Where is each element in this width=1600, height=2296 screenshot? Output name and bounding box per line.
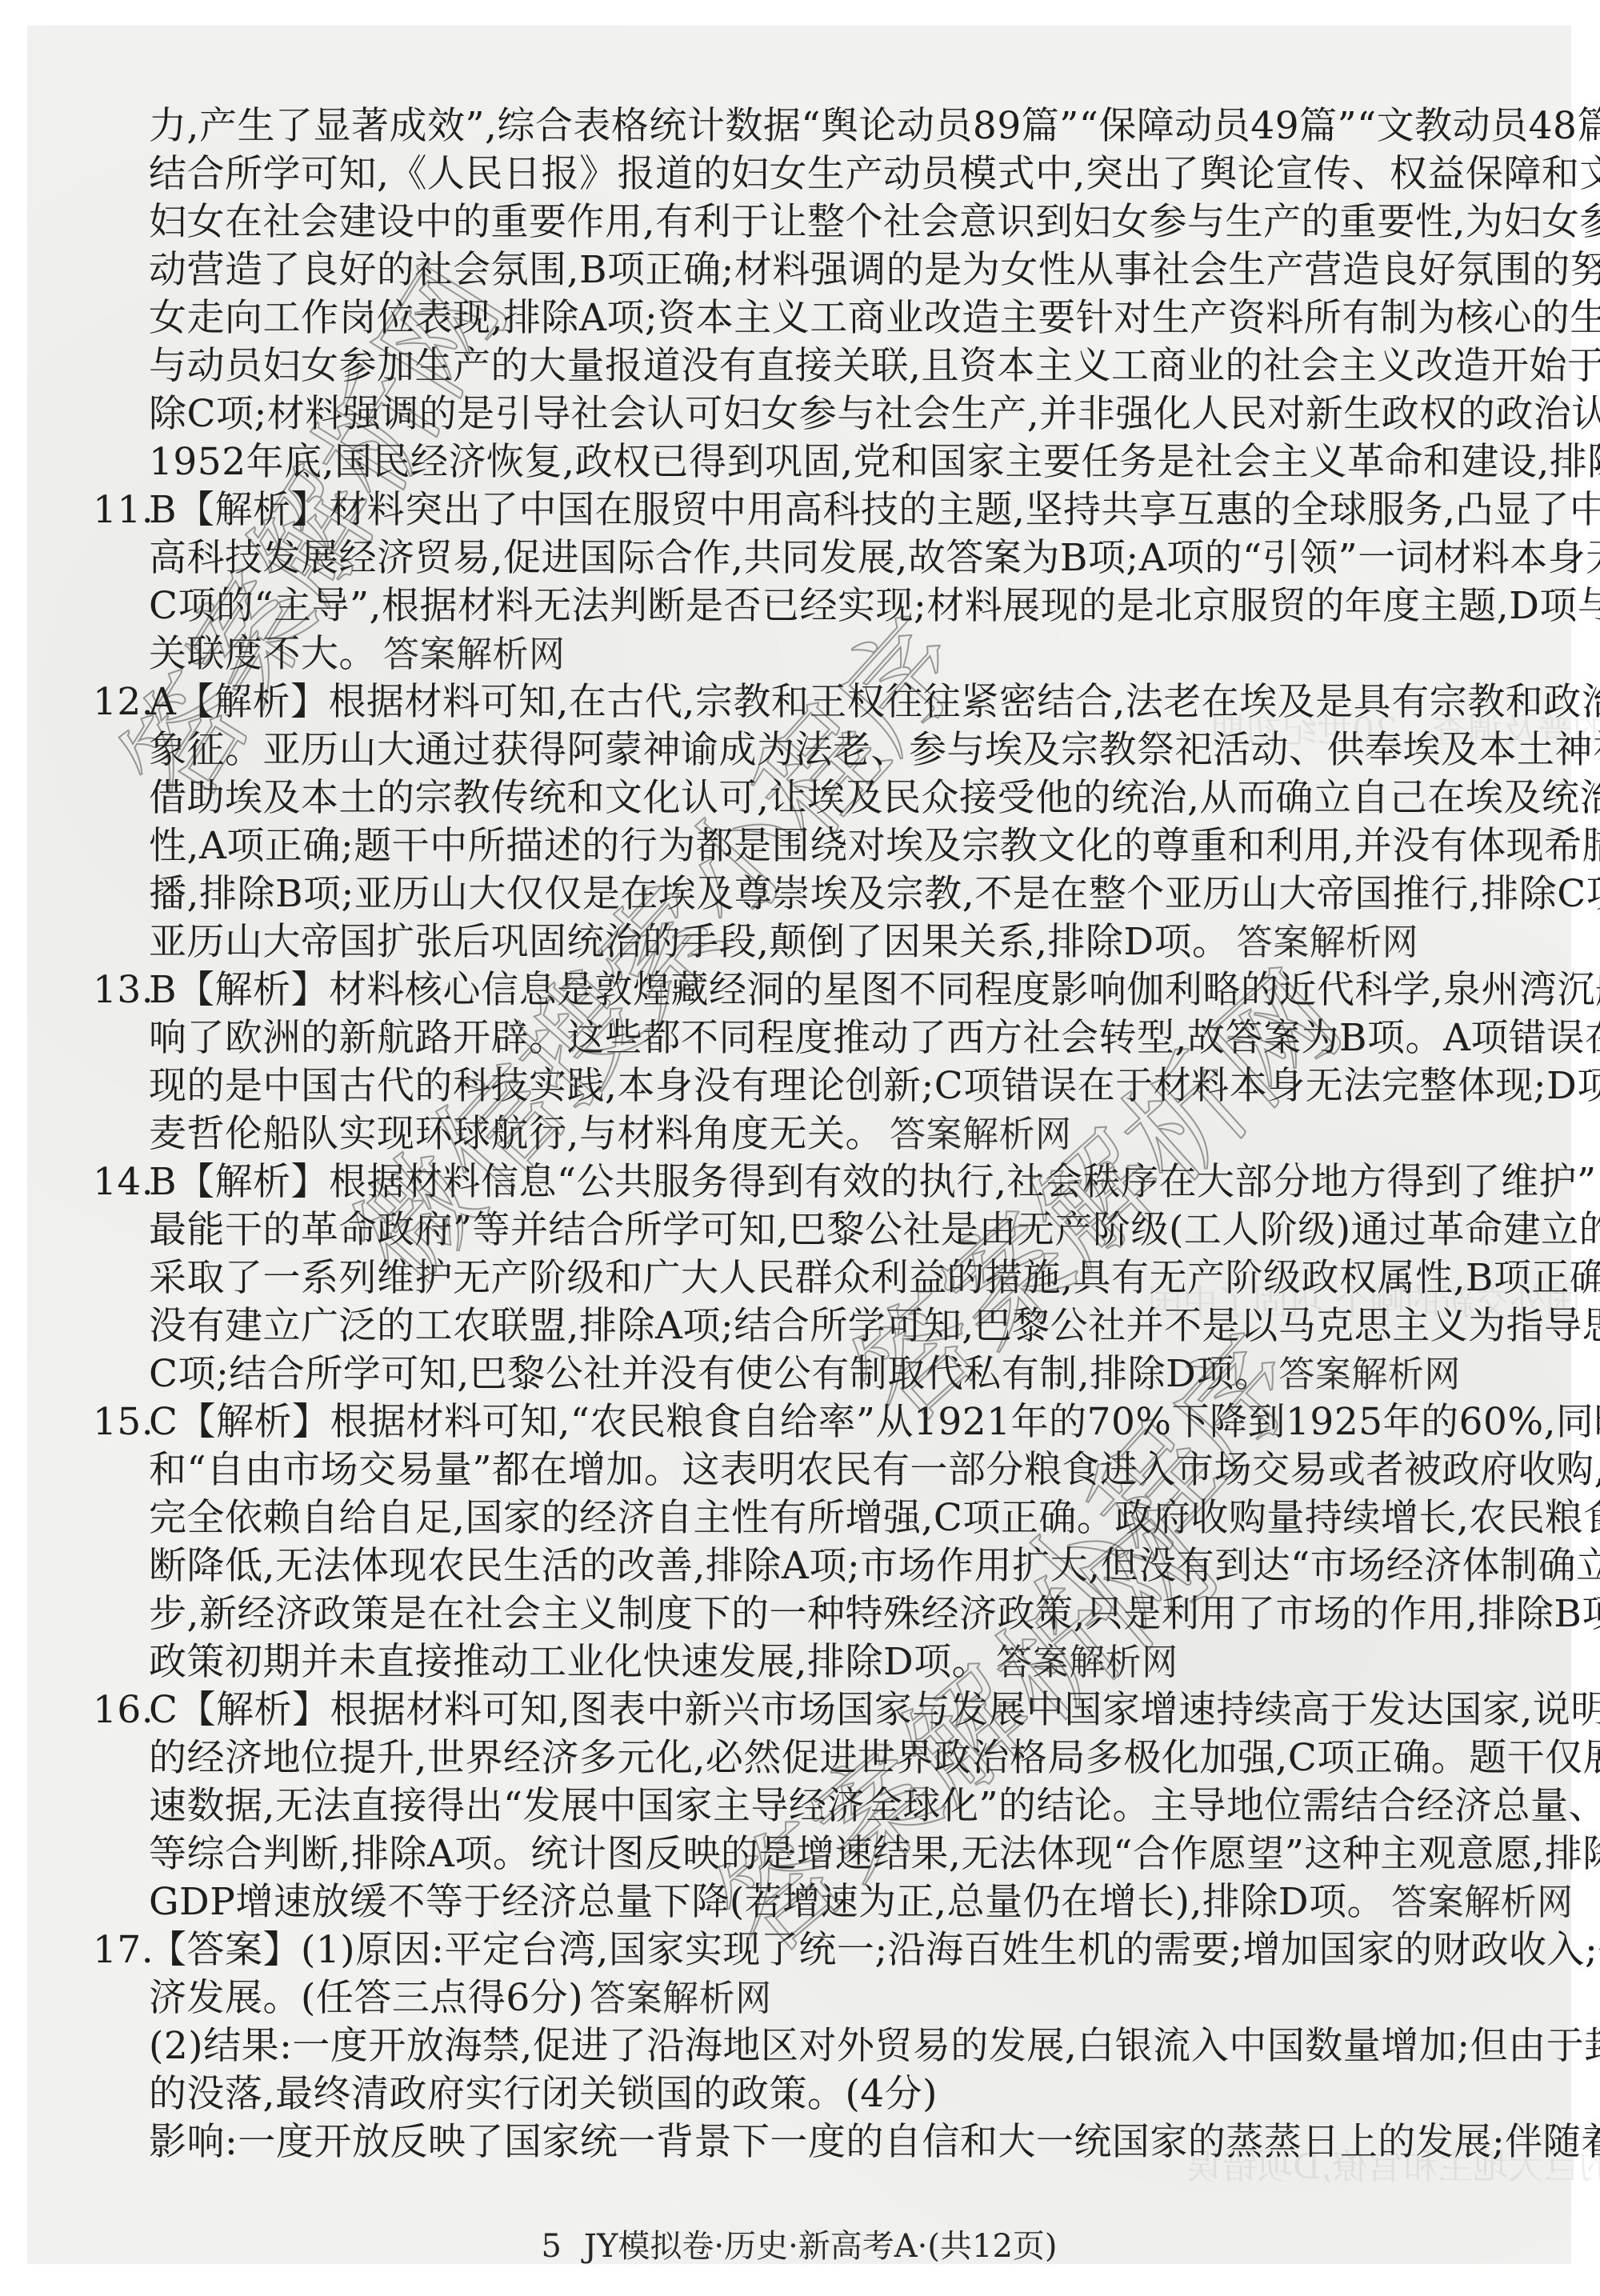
text-line: 的经济地位提升,世界经济多元化,必然促进世界政治格局多极化加强,C项正确。题干仅… <box>149 1734 1534 1782</box>
item-number: 12. <box>93 678 149 726</box>
text-line: 完全依赖自给自足,国家的经济自主性有所增强,C项正确。政府收购量持续增长,农民粮… <box>149 1494 1534 1542</box>
watermark-inline-text: 答案解析网 <box>1278 1353 1461 1395</box>
text-line: 步,新经济政策是在社会主义制度下的一种特殊经济政策,只是利用了市场的作用,排除B… <box>149 1590 1534 1638</box>
text-line: 性,A项正确;题干中所描述的行为都是围绕对埃及宗教文化的尊重和利用,并没有体现希… <box>149 822 1534 870</box>
text-line: 断降低,无法体现农民生活的改善,排除A项;市场作用扩大,但没有到达“市场经济体制… <box>149 1542 1534 1590</box>
answer-item-14: 14. B【解析】根据材料信息“公共服务得到有效的执行,社会秩序在大部分地方得到… <box>98 1158 1534 1398</box>
text-line: A【解析】根据材料可知,在古代,宗教和王权往往紧密结合,法老在埃及是具有宗教和政… <box>149 678 1534 726</box>
item-number: 17. <box>93 1926 149 1974</box>
text-line: 女走向工作岗位表现,排除A项;资本主义工商业改造主要针对生产资料所有制为核心的生… <box>149 294 1534 342</box>
text-line: 象征。亚历山大通过获得阿蒙神谕成为法老、参与埃及宗教祭祀活动、供奉埃及本土神祇等… <box>149 726 1534 774</box>
text-line: 的没落,最终清政府实行闭关锁国的政策。(4分) <box>149 2070 1534 2118</box>
text-line: 亚历山大帝国扩张后巩固统治的手段,颠倒了因果关系,排除D项。 <box>149 920 1230 964</box>
text-line: 力,产生了显著成效”,综合表格统计数据“舆论动员89篇”“保障动员49篇”“文教… <box>149 102 1534 150</box>
text-line: 政策初期并未直接推动工业化快速发展,排除D项。 <box>149 1640 990 1684</box>
item-number: 13. <box>93 966 149 1014</box>
text-line: 没有建立广泛的工农联盟,排除A项;结合所学可知,巴黎公社并不是以马克思主义为指导… <box>149 1302 1534 1350</box>
text-line: C项的“主导”,根据材料无法判断是否已经实现;材料展现的是北京服贸的年度主题,D… <box>149 582 1534 630</box>
answer-item-11: 11. B【解析】材料突出了中国在服贸中用高科技的主题,坚持共享互惠的全球服务,… <box>98 486 1534 678</box>
text-line: 结合所学可知,《人民日报》报道的妇女生产动员模式中,突出了舆论宣传、权益保障和文… <box>149 150 1534 198</box>
text-line: (2)结果:一度开放海禁,促进了沿海地区对外贸易的发展,白银流入中国数量增加;但… <box>149 2022 1534 2070</box>
answer-item-15: 15. C【解析】根据材料可知,“农民粮食自给率”从1921年的70%下降到19… <box>98 1398 1534 1686</box>
watermark-inline-text: 答案解析网 <box>1237 921 1419 963</box>
text-line: 【答案】(1)原因:平定台湾,国家实现了统一;沿海百姓生机的需要;增加国家的财政… <box>149 1926 1534 1974</box>
page-footer: 5JY模拟卷·历史·新高考A·(共12页) <box>27 2221 1571 2266</box>
text-line: C【解析】根据材料可知,图表中新兴市场国家与发展中国家增速持续高于发达国家,说明… <box>149 1686 1534 1734</box>
text-line: 与动员妇女参加生产的大量报道没有直接关联,且资本主义工商业的社会主义改造开始于1… <box>149 342 1534 390</box>
item-number: 16. <box>93 1686 149 1734</box>
text-line: 速数据,无法直接得出“发展中国家主导经济全球化”的结论。主导地位需结合经济总量、… <box>149 1782 1534 1830</box>
text-line: C项;结合所学可知,巴黎公社并没有使公有制取代私有制,排除D项。 <box>149 1352 1272 1396</box>
text-line: 除C项;材料强调的是引导社会认可妇女参与社会生产,并非强化人民对新生政权的政治认… <box>149 390 1534 438</box>
item-number: 14. <box>93 1158 149 1206</box>
item-10-continuation: 力,产生了显著成效”,综合表格统计数据“舆论动员89篇”“保障动员49篇”“文教… <box>98 102 1534 486</box>
text-line: 借助埃及本土的宗教传统和文化认可,让埃及民众接受他的统治,从而确立自己在埃及统治… <box>149 774 1534 822</box>
watermark-inline-text: 答案解析网 <box>383 633 566 675</box>
text-line: 关联度不大。 <box>149 632 377 676</box>
answer-content: 力,产生了显著成效”,综合表格统计数据“舆论动员89篇”“保障动员49篇”“文教… <box>98 102 1534 2166</box>
document-page: 展,开启了大规模,科学化的普及调查。20世纪初期 国外交新的嘲个,巩固了中国 被… <box>27 26 1571 2264</box>
item-number: 11. <box>93 486 149 534</box>
footer-title: JY模拟卷·历史·新高考A·(共12页) <box>584 2228 1058 2265</box>
watermark-inline-text: 答案解析网 <box>890 1113 1072 1155</box>
text-line: 1952年底,国民经济恢复,政权已得到巩固,党和国家主要任务是社会主义革命和建设… <box>149 438 1534 486</box>
answer-item-17: 17. 【答案】(1)原因:平定台湾,国家实现了统一;沿海百姓生机的需要;增加国… <box>98 1926 1534 2166</box>
text-line: 高科技发展经济贸易,促进国际合作,共同发展,故答案为B项;A项的“引领”一词材料… <box>149 534 1534 582</box>
item-number: 15. <box>93 1398 149 1446</box>
answer-item-12: 12. A【解析】根据材料可知,在古代,宗教和王权往往紧密结合,法老在埃及是具有… <box>98 678 1534 966</box>
watermark-inline-text: 答案解析网 <box>590 1977 772 2019</box>
text-line: C【解析】根据材料可知,“农民粮食自给率”从1921年的70%下降到1925年的… <box>149 1398 1534 1446</box>
answer-item-16: 16. C【解析】根据材料可知,图表中新兴市场国家与发展中国家增速持续高于发达国… <box>98 1686 1534 1926</box>
text-line: B【解析】根据材料信息“公共服务得到有效的执行,社会秩序在大部分地方得到了维护”… <box>149 1158 1534 1206</box>
text-line: 和“自由市场交易量”都在增加。这表明农民有一部分粮食进入市场交易或者被政府收购,… <box>149 1446 1534 1494</box>
text-line: 现的是中国古代的科技实践,本身没有理论创新;C项错误在于材料本身无法完整体现;D… <box>149 1062 1534 1110</box>
page-number: 5 <box>541 2228 561 2265</box>
text-line: 麦哲伦船队实现环球航行,与材料角度无关。 <box>149 1112 883 1156</box>
text-line: 动营造了良好的社会氛围,B项正确;材料强调的是为女性从事社会生产营造良好氛围的努… <box>149 246 1534 294</box>
text-line: 播,排除B项;亚历山大仅仅是在埃及尊崇埃及宗教,不是在整个亚历山大帝国推行,排除… <box>149 870 1534 918</box>
text-line: 响了欧洲的新航路开辟。这些都不同程度推动了西方社会转型,故答案为B项。A项错误在… <box>149 1014 1534 1062</box>
text-line: 等综合判断,排除A项。统计图反映的是增速结果,无法体现“合作愿望”这种主观意愿,… <box>149 1830 1534 1878</box>
watermark-inline-text: 答案解析网 <box>996 1641 1178 1683</box>
text-line: 影响:一度开放反映了国家统一背景下一度的自信和大一统国家的蒸蒸日上的发展;伴随着… <box>149 2118 1534 2166</box>
text-line: B【解析】材料核心信息是敦煌藏经洞的星图不同程度影响伽利略的近代科学,泉州湾沉船… <box>149 966 1534 1014</box>
text-line: 最能干的革命政府”等并结合所学可知,巴黎公社是由无产阶级(工人阶级)通过革命建立… <box>149 1206 1534 1254</box>
text-line: 妇女在社会建设中的重要作用,有利于让整个社会意识到妇女参与生产的重要性,为妇女参… <box>149 198 1534 246</box>
text-line: 济发展。(任答三点得6分) <box>149 1976 583 2020</box>
text-line: GDP增速放缓不等于经济总量下降(若增速为正,总量仍在增长),排除D项。 <box>149 1880 1385 1924</box>
text-line: 采取了一系列维护无产阶级和广大人民群众利益的措施,具有无产阶级政权属性,B项正确… <box>149 1254 1534 1302</box>
watermark-inline-text: 答案解析网 <box>1391 1881 1574 1923</box>
text-line: B【解析】材料突出了中国在服贸中用高科技的主题,坚持共享互惠的全球服务,凸显了中… <box>149 486 1534 534</box>
answer-item-13: 13. B【解析】材料核心信息是敦煌藏经洞的星图不同程度影响伽利略的近代科学,泉… <box>98 966 1534 1158</box>
